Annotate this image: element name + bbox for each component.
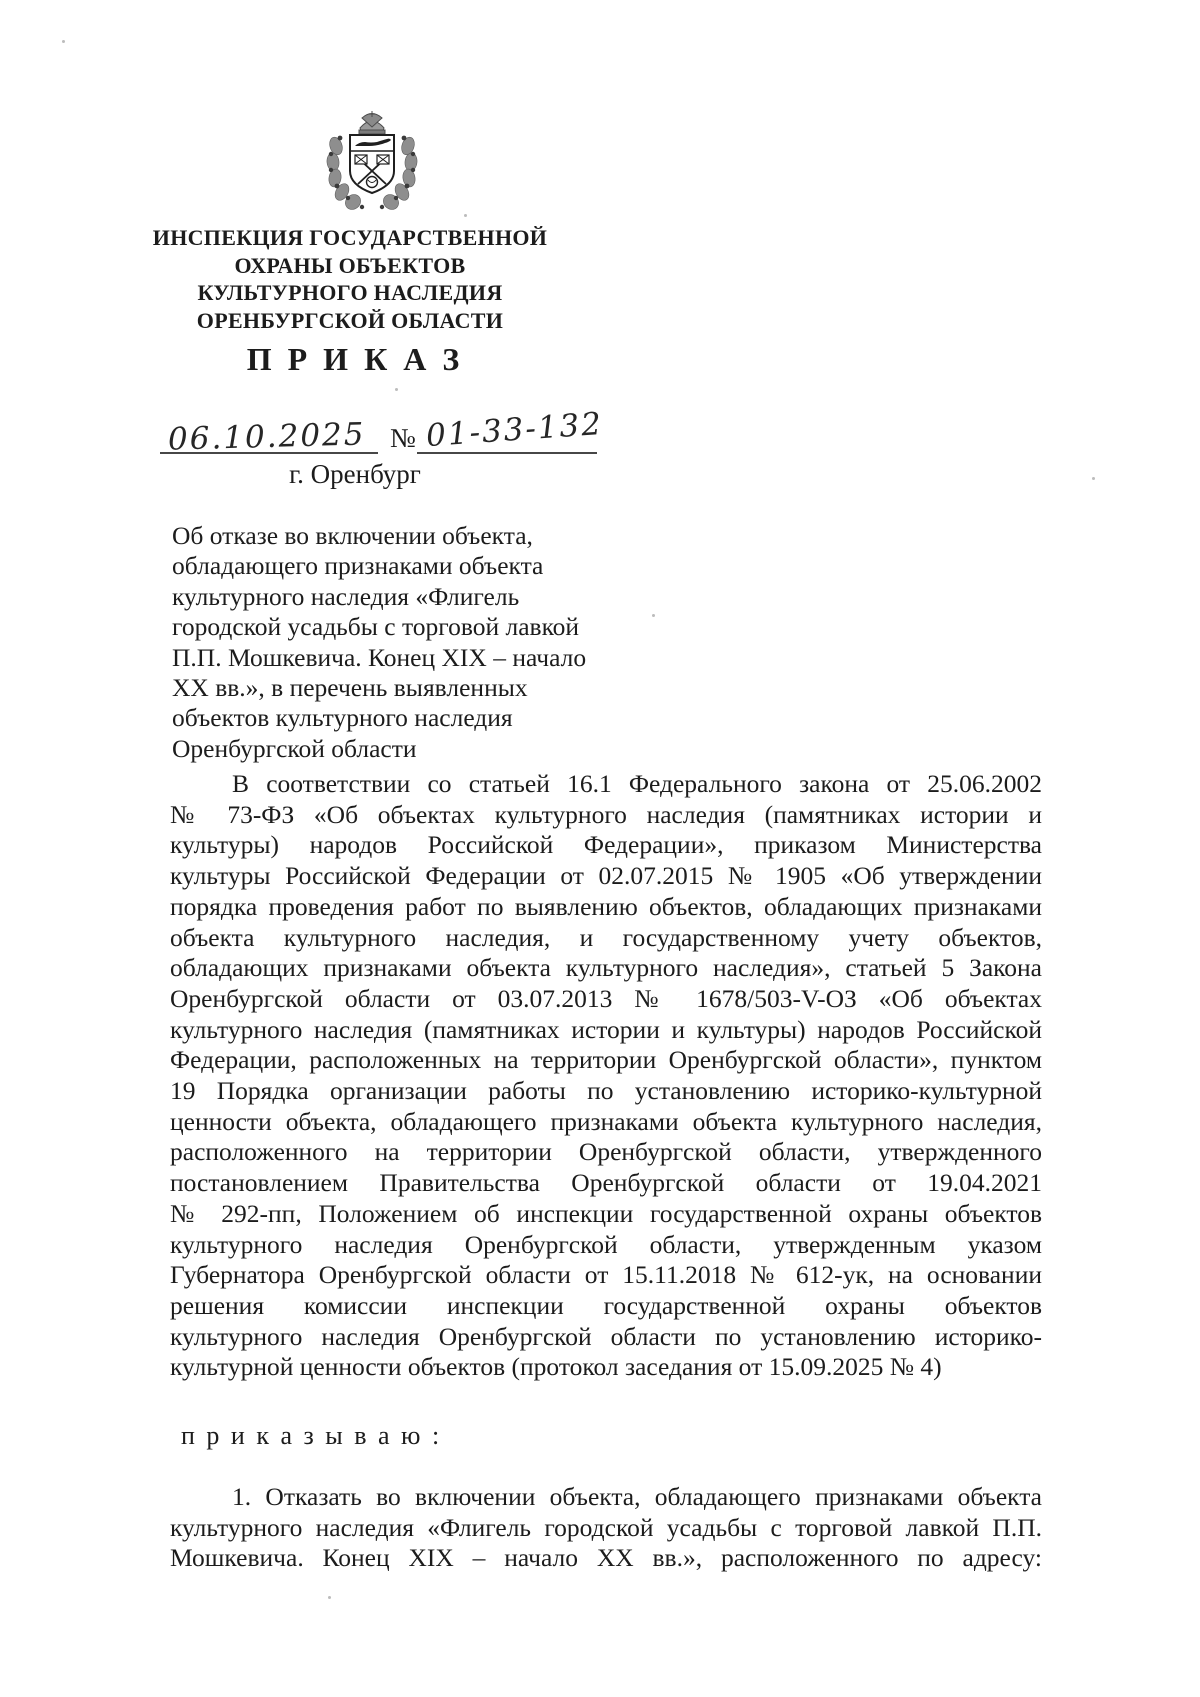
body-line: № 73-ФЗ «Об объектах культурного наследи… — [170, 800, 1042, 831]
org-name: ИНСПЕКЦИЯ ГОСУДАРСТВЕННОЙ ОХРАНЫ ОБЪЕКТО… — [130, 224, 570, 334]
scan-speck — [1092, 477, 1095, 480]
subject-line: Об отказе во включении объекта, — [172, 521, 592, 551]
body-line: ценности объекта, обладающего признаками… — [170, 1107, 1042, 1138]
body-line: Мошкевича. Конец XIX – начало XX вв.», р… — [170, 1543, 1042, 1574]
body-line: культурного наследия «Флигель городской … — [170, 1513, 1042, 1544]
body-line: культуры) народов Российской Федерации»,… — [170, 830, 1042, 861]
orenburg-region-coat-of-arms-icon — [322, 108, 422, 212]
subject-line: городской усадьбы с торговой лавкой — [172, 612, 592, 642]
body-line: В соответствии со статьей 16.1 Федеральн… — [170, 769, 1042, 800]
subject-line: объектов культурного наследия — [172, 703, 592, 733]
subject-line: обладающего признаками объекта — [172, 551, 592, 581]
org-name-line: КУЛЬТУРНОГО НАСЛЕДИЯ — [130, 279, 570, 307]
body-line: № 292-пп, Положением об инспекции госуда… — [170, 1199, 1042, 1230]
city-line: г. Оренбург — [135, 459, 575, 490]
number-underline — [417, 452, 597, 454]
order-item-1: 1. Отказать во включении объекта, облада… — [170, 1482, 1042, 1574]
date-underline — [160, 452, 378, 454]
org-name-line: ИНСПЕКЦИЯ ГОСУДАРСТВЕННОЙ — [130, 224, 570, 252]
body-line: расположенного на территории Оренбургско… — [170, 1137, 1042, 1168]
org-name-line: ОХРАНЫ ОБЪЕКТОВ — [130, 252, 570, 280]
body-line: Губернатора Оренбургской области от 15.1… — [170, 1260, 1042, 1291]
body-line: культурного наследия Оренбургской област… — [170, 1230, 1042, 1261]
preamble-paragraph: В соответствии со статьей 16.1 Федеральн… — [170, 769, 1042, 1383]
scan-speck — [652, 614, 655, 617]
body-line: 19 Порядка организации работы по установ… — [170, 1076, 1042, 1107]
body-line: объекта культурного наследия, и государс… — [170, 923, 1042, 954]
subject-line: культурного наследия «Флигель — [172, 582, 592, 612]
scanned-order-document: ИНСПЕКЦИЯ ГОСУДАРСТВЕННОЙ ОХРАНЫ ОБЪЕКТО… — [0, 0, 1200, 1697]
org-name-line: ОРЕНБУРГСКОЙ ОБЛАСТИ — [130, 307, 570, 335]
body-line: Федерации, расположенных на территории О… — [170, 1045, 1042, 1076]
scan-speck — [62, 40, 65, 43]
subject-line: XX вв.», в перечень выявленных — [172, 673, 592, 703]
body-line: культуры Российской Федерации от 02.07.2… — [170, 861, 1042, 892]
scan-speck — [464, 214, 467, 217]
body-line: культурной ценности объектов (протокол з… — [170, 1352, 1042, 1383]
number-sign: № — [390, 423, 416, 454]
scan-speck — [395, 388, 398, 391]
body-line: постановлением Правительства Оренбургско… — [170, 1168, 1042, 1199]
body-line: решения комиссии инспекции государственн… — [170, 1291, 1042, 1322]
decree-word: п р и к а з ы в а ю : — [181, 1421, 442, 1451]
body-line: порядка проведения работ по выявлению об… — [170, 892, 1042, 923]
body-line: культурного наследия Оренбургской област… — [170, 1322, 1042, 1353]
body-line: Оренбургской области от 03.07.2013 № 167… — [170, 984, 1042, 1015]
scan-speck — [328, 1596, 331, 1599]
body-line: культурного наследия (памятниках истории… — [170, 1015, 1042, 1046]
body-line: 1. Отказать во включении объекта, облада… — [170, 1482, 1042, 1513]
body-line: обладающих признаками объекта культурног… — [170, 953, 1042, 984]
doc-type-title: П Р И К А З — [135, 341, 575, 378]
subject-line: Оренбургской области — [172, 734, 592, 764]
subject-line: П.П. Мошкевича. Конец XIX – начало — [172, 643, 592, 673]
subject-block: Об отказе во включении объекта, обладающ… — [172, 521, 592, 764]
handwritten-number: 01-33-132 — [425, 406, 604, 454]
